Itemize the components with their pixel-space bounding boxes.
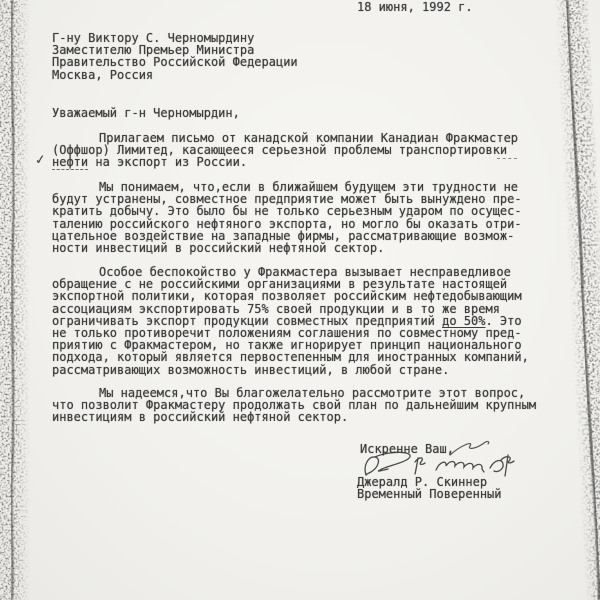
scan-edge-left [0, 0, 34, 600]
underlined-text: нефти [52, 155, 88, 169]
handwritten-checkmark: ✓ [34, 152, 46, 168]
pencil-dash-mark [497, 158, 517, 159]
letter-line: подхода, который является первостепенным… [52, 351, 529, 363]
letter-line: экспортной политики, которая позволяет р… [52, 290, 529, 302]
paragraph-enclosure: Прилагаем письмо от канадской компании К… [52, 132, 518, 169]
address-line: Правительство Российской Федерации [52, 56, 298, 68]
letter-line: кратить добычу. Это было бы не только се… [52, 205, 522, 217]
address-line: Москва, Россия [52, 69, 298, 81]
letter-line: талению российского нефтяного экспорта, … [52, 218, 522, 230]
salutation: Уважаемый г-н Черномырдин, [52, 107, 240, 119]
scan-edge-right [548, 0, 600, 600]
paragraph-export-policy: Особое беспокойство у Фракмастера вызыва… [52, 266, 529, 376]
letter-date: 18 июня, 1992 г. [357, 1, 473, 13]
paragraph-consequences: Мы понимаем, что,если в ближайшем будуще… [52, 181, 522, 254]
letter-line: ности инвестиций в российский нефтяной с… [52, 242, 522, 254]
scanned-letter-page: 18 июня, 1992 г. Г-ну Виктору С. Черномы… [0, 0, 600, 600]
recipient-address-block: Г-ну Виктору С. ЧерномырдинуЗаместителю … [52, 32, 298, 81]
letter-line: нефти на экспорт из России. [52, 156, 518, 168]
signatory-title: Временный Поверенный [357, 488, 502, 500]
letter-line: рассматривающих возможность инвестиций, … [52, 364, 529, 376]
paragraph-request: Мы надеемся,что Вы благожелательно рассм… [52, 387, 536, 424]
letter-line: инвестициям в российский нефтяной сектор… [52, 411, 536, 423]
